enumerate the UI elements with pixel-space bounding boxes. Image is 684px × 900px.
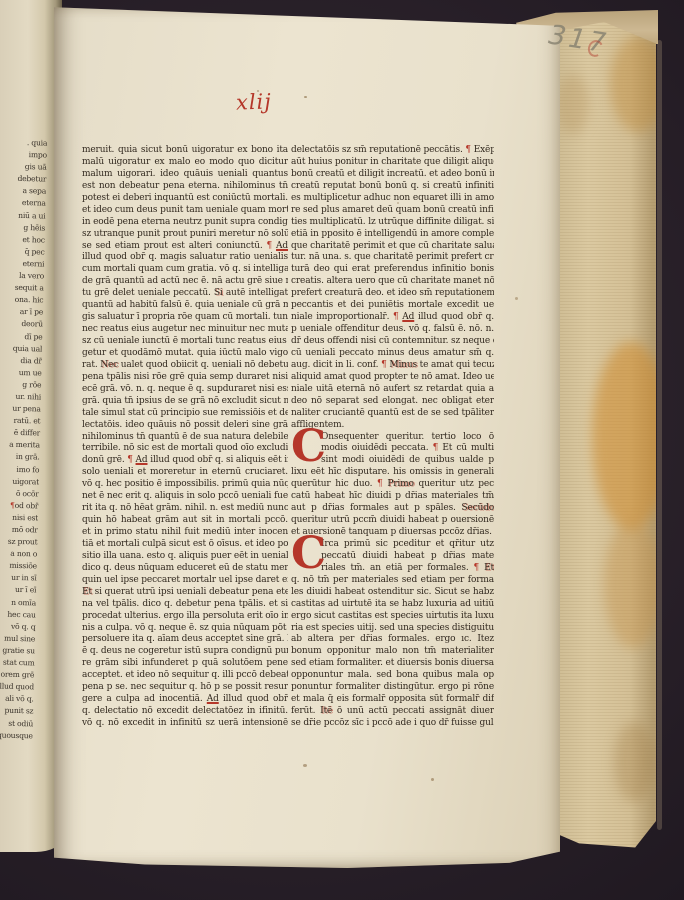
text-line: sz utranque punit prout puniri meretur n… [82, 229, 288, 241]
text-line: naliter cruciantē quantū est de se sed t… [291, 408, 494, 420]
text-segment: illud quod obr̄ q. si aliquis eēt in [148, 455, 288, 465]
text-line: ponuntur formaliter distingūtur. ergo pi… [291, 682, 494, 694]
text-line: p ueniale offenditur deus. vō q. falsū ē… [291, 324, 494, 336]
text-segment: vō q. hec positio ē impossibilis. primū … [82, 479, 288, 489]
text-line: est non debeatur pena eterna. nihilominu… [82, 181, 288, 193]
text-segment: rit ita q. nō hēat grām. nihil. n. est m… [82, 503, 288, 513]
text-segment: malū uigoratur ex malo eo modo quo dicit… [82, 157, 288, 167]
text-segment: et in primo statu nihil fuit mediū inter… [82, 527, 288, 537]
text-segment: getur et quodāmō mutat. quia iūctū malo … [82, 348, 288, 358]
text-line: tur. nā una. s. que charitatē perimit pr… [291, 252, 494, 264]
text-line: terribile. nō sic est de mortali quod oī… [82, 443, 288, 455]
text-segment: Et [82, 587, 92, 597]
text-segment: sed etiam formaliter. et diuersis bonis … [291, 658, 494, 668]
text-segment: etiā in pposito ē intelligendū in amore … [291, 229, 494, 239]
text-segment: delectatōis sz sm̄ reputationē peccātis. [291, 145, 465, 155]
margin-fragment: . quia [7, 138, 47, 151]
text-segment: Et cū multi [442, 443, 494, 453]
text-segment: vō q. nō excedit in infinitū sz uerā int… [82, 718, 288, 728]
text-segment: meruit. quia sicut bonū uigoratur ex bon… [82, 145, 288, 155]
text-line: etiā in pposito ē intelligendū in amore … [291, 229, 494, 241]
text-segment: Ad [402, 312, 414, 322]
text-segment: quin uel ipse peccaret mortalr uel ipse … [82, 575, 288, 585]
margin-fragment: sequit a [4, 283, 44, 296]
margin-fragment: quia ual [2, 343, 42, 356]
margin-fragment: a sepa [6, 186, 46, 199]
text-segment: opponuntur mala. sed bona quibus mala op [291, 670, 494, 680]
margin-fragment: ur pena [1, 404, 41, 417]
text-line: gis saluatur ī propria rōe quam cū morta… [82, 312, 288, 324]
text-line: et in primo statu nihil fuit mediū inter… [82, 527, 288, 539]
margin-fragment: la vero [4, 271, 44, 284]
text-segment: tu grē delet ueniale peccatū. [82, 288, 214, 298]
text-segment: aut p dr̄ias formales aut p spāles. [291, 503, 461, 513]
margin-fragment: ratū. et [0, 416, 40, 429]
text-segment: sint modi oiuidēdi de quibus ualde p [321, 455, 494, 465]
text-segment: queritur utz pec [414, 479, 494, 489]
text-segment: gere a culpa ad inocentiā. [82, 694, 207, 704]
foxing-speck [431, 778, 434, 781]
text-line: gere a culpa ad inocentiā. Ad illud quod… [82, 694, 288, 706]
margin-fragment: niū a ui [5, 210, 45, 223]
text-line: catū habeat hīc diuidi p dr̄ias material… [291, 491, 494, 503]
text-segment: Onsequenter queritur. tertio loco ō [321, 432, 494, 442]
margin-fragment: punit sz [0, 706, 33, 719]
text-line: rit ita q. nō hēat grām. nihil. n. est m… [82, 503, 288, 515]
margin-fragment: orem grē [0, 670, 34, 683]
text-segment: aūt huius ponitur in charitate que dilig… [291, 157, 494, 167]
text-segment: tale simul stat cū principio sue remissi… [82, 408, 288, 418]
text-line: malum uigorari. ideo quāuis ueniali quan… [82, 169, 288, 181]
text-line: quin hō habeat grām aut sit in mortali p… [82, 515, 288, 527]
text-segment: castitas ad uirtutē ita se habz luxuria … [291, 599, 494, 609]
text-segment: cū ueniali peccato minus deus amatur sm̄… [291, 348, 494, 358]
facing-page-fragments: . quiaimpogis uādebetura sepaeternaniū a… [0, 138, 47, 743]
margin-fragment: q̄ pec [4, 246, 44, 259]
text-line: pena p se. nec sequitur q. hō p se possi… [82, 682, 288, 694]
text-line: deo nō separat sed elongat. nec obligat … [291, 396, 494, 408]
text-line: q. delectatio nō excedit delectatōez in … [82, 706, 288, 718]
text-segment: Ad [136, 455, 148, 465]
text-segment: terribile. nō sic est de mortali quod oī… [82, 443, 288, 453]
margin-fragment: et hoc [5, 234, 45, 247]
text-segment: est non debeatur pena eterna. nihilominu… [82, 181, 288, 191]
text-segment: deo nō separat sed elongat. nec obligat … [291, 396, 494, 406]
margin-fragment: um ue [1, 367, 41, 380]
text-segment: se sed etiam prout est alteri coniunctū. [82, 241, 267, 251]
text-segment: potest ei deberi inquantū est coniūctū m… [82, 193, 288, 203]
text-column-right: CCdelectatōis sz sm̄ reputationē peccāti… [291, 145, 494, 737]
text-segment: ualet quod obiicit q. ueniali nō debetur [118, 360, 288, 370]
text-segment: dr̄ deus offendi nisi cū contemnitur. sz… [291, 336, 494, 346]
margin-fragment: gis uā [6, 162, 46, 175]
text-line: nihilominus tn̄ quantū ē de sua natura d… [82, 432, 288, 444]
text-line: de grā quantū ad actū nec ē. nā actu grē… [82, 276, 288, 288]
text-line: nec reatus eius augetur nec minuitur nec… [82, 324, 288, 336]
rubric-initial: C [291, 537, 319, 571]
text-line: re grām sibi infunderet p quā solutōem p… [82, 658, 288, 670]
margin-fragment: ur ī eī [0, 585, 36, 598]
fore-edge-stain [614, 722, 654, 802]
foxing-speck [304, 96, 307, 98]
margin-fragment: ar ī pe [3, 307, 43, 320]
margin-fragment: n omīa [0, 597, 36, 610]
text-segment: illud quod obr̄ [219, 694, 288, 704]
text-segment: ab altera per dr̄ias formales. ergo ıc. … [291, 634, 494, 644]
text-segment: peccatū diuidi habeat p dr̄ias mate [321, 551, 494, 561]
fore-edge-stain [604, 520, 662, 648]
text-line: niale improportionalr̄. ¶ Ad illud quod … [291, 312, 494, 324]
text-segment: creatū reputat bonū bonū q. si creatū in… [291, 181, 494, 191]
text-line: niale uitā eternā nō aufert sz retardat … [291, 384, 494, 396]
text-segment: creatis. altera uero que cū charitate ma… [291, 276, 494, 286]
margin-fragment: in grā. [0, 452, 40, 465]
text-line: persoluere ita q. aīam deus acceptet sin… [82, 634, 288, 646]
text-segment: turā deo qui erat preferendus infinitio … [291, 264, 494, 274]
text-segment: illud quod obr̄ q. [414, 312, 494, 322]
text-segment: in eodē pena eterna neutrz punit supra c… [82, 217, 288, 227]
text-segment: queritur utrū pccm̄ diuidi habeat p ouer… [291, 515, 494, 525]
text-line: potest ei deberi inquantū est coniūctū m… [82, 193, 288, 205]
facing-page-edge: . quiaimpogis uādebetura sepaeternaniū a… [0, 0, 62, 852]
text-segment: pena tpālis nisi rōe grē quia semp durar… [82, 372, 288, 382]
text-segment: re sed plus amaret deū quam bonū creatū … [291, 205, 494, 215]
text-line: aug. dicit in li. conf. ¶ Minus te amat … [291, 360, 494, 372]
text-segment: Itē [320, 706, 332, 716]
text-line: queritur utrū pccm̄ diuidi habeat p ouer… [291, 515, 494, 527]
text-segment: quantū ad habitū falsū ē. quia ueniale c… [82, 300, 288, 310]
text-line: que charitatē perimit et que cū charitat… [291, 241, 494, 253]
text-segment: ties multiplicatū. lz utrūque diffinite … [291, 217, 494, 227]
text-segment: modis oiuidēdi peccata. [321, 443, 433, 453]
photo-backdrop: { "page": { "running_header": "xlij", "f… [0, 0, 684, 900]
pilcrow-rubric: ¶ [267, 241, 277, 251]
pilcrow-rubric: ¶ [393, 312, 402, 322]
text-segment: si querat utrū ipsi ueniali debeatur pen… [92, 587, 288, 597]
text-line: aūt huius ponitur in charitate que dilig… [291, 157, 494, 169]
text-segment: prefert creaturā deo. et ideo sm̄ reputa… [291, 288, 494, 298]
text-line: malū uigoratur ex malo eo modo quo dicit… [82, 157, 288, 169]
text-segment: sitio illa uana. esto q. aliquis puer eē… [82, 551, 288, 561]
text-line: sed etiam formaliter. et diuersis bonis … [291, 658, 494, 670]
text-line: ab altera per dr̄ias formales. ergo ıc. … [291, 634, 494, 646]
text-line: pena tpālis nisi rōe grē quia semp durar… [82, 372, 288, 384]
text-column-left: meruit. quia sicut bonū uigoratur ex bon… [82, 145, 288, 737]
text-segment: illud quod [0, 682, 34, 695]
text-segment: nec reatus eius augetur nec minuitur nec… [82, 324, 288, 334]
text-line: ties multiplicatū. lz utrūque diffinite … [291, 217, 494, 229]
text-segment: ō unū actū peccati assignāt diuer [332, 706, 494, 716]
text-line: creatis. altera uero que cū charitate ma… [291, 276, 494, 288]
text-line: quantū ad habitū falsū ē. quia ueniale c… [82, 300, 288, 312]
text-segment: na vel tpālis. dico q. debetur pena tpāl… [82, 599, 288, 609]
margin-fragment: gratie su [0, 645, 35, 658]
text-segment: catū habeat hīc diuidi p dr̄ias material… [291, 491, 494, 501]
text-line: ferūt. Itē ō unū actū peccati assignāt d… [291, 706, 494, 718]
margin-fragment: nisi est [0, 512, 38, 525]
text-segment: ē q. deus ne cogeretur istū supra condig… [82, 646, 288, 656]
text-segment: sz cū ueniale iunctū ē mortali tunc reat… [82, 336, 288, 346]
text-line: sitio illa uana. esto q. aliquis puer eē… [82, 551, 288, 563]
text-segment: procedat ulterius. ergo illa persoluta e… [82, 611, 288, 621]
text-segment: Ad [276, 241, 288, 251]
text-line: lectatōis. ideo quāuis nō possit deleri … [82, 420, 288, 432]
text-segment: et mala q̄ eis formalr̄ opposita sūt for… [291, 694, 494, 704]
text-segment: rat. [82, 360, 100, 370]
text-line: solo ueniali et moreretur in eternū cruc… [82, 467, 288, 479]
text-segment: lectatōis. ideo quāuis nō possit deleri … [82, 420, 288, 430]
text-segment: naliter cruciantē quantū est de se sed t… [291, 408, 494, 418]
text-segment: que charitatē perimit et que cū charitat… [291, 241, 494, 251]
text-segment: Nec [100, 360, 118, 370]
pilcrow-rubric: ¶ [465, 145, 473, 155]
margin-fragment: ur in sī [0, 573, 37, 586]
text-line: procedat ulterius. ergo illa persoluta e… [82, 611, 288, 623]
text-segment: nihilominus tn̄ quantū ē de sua natura d… [82, 432, 288, 442]
text-segment: acceptet. et ideo nō sequitur q. illi pc… [82, 670, 288, 680]
text-line: dico q. deus nūquam educeret eū de statu… [82, 563, 288, 575]
text-line: getur et quodāmō mutat. quia iūctū malo … [82, 348, 288, 360]
text-segment: donū grē. [82, 455, 127, 465]
margin-fragment: st odiū [0, 718, 33, 731]
text-segment: es multiplicetur adhuc non equaret illi … [291, 193, 494, 203]
text-line: donū grē. ¶ Ad illud quod obr̄ q. si ali… [82, 455, 288, 467]
text-line: in eodē pena eterna neutrz punit supra c… [82, 217, 288, 229]
text-line: tu grē delet ueniale peccatū. Si autē in… [82, 288, 288, 300]
text-line: tale simul stat cū principio sue remissi… [82, 408, 288, 420]
fore-edge-stain [556, 74, 590, 134]
text-line: cum mortali quam cum gratia. vō q. si in… [82, 264, 288, 276]
text-line: peccantis et dei puniētis mortale excedi… [291, 300, 494, 312]
margin-fragment: dia dr̄ [2, 355, 42, 368]
margin-fragment: mul sine [0, 633, 35, 646]
margin-fragment: ¶ illud quod [0, 682, 34, 695]
text-segment: gis saluatur ī propria rōe quam cū morta… [82, 312, 288, 322]
text-line: vō q. hec positio ē impossibilis. primū … [82, 479, 288, 491]
text-line: nis a culpa. vō q. neque ē. sz quia nūqu… [82, 623, 288, 635]
text-segment: ergo sicut castitas est species uirtutis… [291, 611, 494, 621]
text-segment: Et [484, 563, 494, 573]
text-line: les diuidi habeat ostenditur sic. Sicut … [291, 587, 494, 599]
text-segment: grā. quia tn̄ ipsius de se grā nō exclud… [82, 396, 288, 406]
text-segment: pena p se. nec sequitur q. hō p se possi… [82, 682, 288, 692]
foxing-speck [397, 202, 399, 204]
text-line: et ideo cum deus punit tam ueniale quam … [82, 205, 288, 217]
text-line: acceptet. et ideo nō sequitur q. illi pc… [82, 670, 288, 682]
pilcrow-rubric: ¶ [474, 563, 485, 573]
foxing-speck [257, 90, 259, 92]
text-line: cū ueniali peccato minus deus amatur sm̄… [291, 348, 494, 360]
cover-edge-highlight [657, 40, 662, 830]
text-line: turā deo qui erat preferendus infinitio … [291, 264, 494, 276]
text-segment: nis a culpa. vō q. neque ē. sz quia nūqu… [82, 623, 288, 633]
text-line: grā. quia tn̄ ipsius de se grā nō exclud… [82, 396, 288, 408]
text-segment: re grām sibi infunderet p quā solutōem p… [82, 658, 288, 668]
text-segment: Ad [207, 694, 219, 704]
text-segment: autē intelligat [223, 288, 288, 298]
text-line: net ē nec erit q. aliquis in solo pccō u… [82, 491, 288, 503]
text-segment: ria est species uitij. sed una species d… [291, 623, 494, 633]
text-line: ecē grā. vō. n. q. neque ē q. supduraret… [82, 384, 288, 396]
text-segment: niale uitā eternā nō aufert sz retardat … [291, 384, 494, 394]
text-segment: niale improportionalr̄. [291, 312, 393, 322]
pilcrow-rubric: ¶ [433, 443, 443, 453]
text-line: vō q. nō excedit in infinitū sz uerā int… [82, 718, 288, 730]
text-line: aliquid amat quod propter te nō amat. Id… [291, 372, 494, 384]
text-line: creatū reputat bonū bonū q. si creatū in… [291, 181, 494, 193]
text-line: illud quod obr̄ q. magis saluatur ratio … [82, 252, 288, 264]
text-segment: solo ueniali et moreretur in eternū cruc… [82, 467, 288, 477]
text-segment: riales tm̄. an etiā per formales. [321, 563, 474, 573]
text-line: dr̄ deus offendi nisi cū contemnitur. sz… [291, 336, 494, 348]
text-line: bonum opponitur malo non tm̄ materialite… [291, 646, 494, 658]
margin-fragment: hec cau [0, 609, 36, 622]
margin-fragment: ō ocōr [0, 488, 39, 501]
text-segment: de grā quantū ad actū nec ē. nā actu grē… [82, 276, 288, 286]
text-segment: aliquid amat quod propter te nō amat. Id… [291, 372, 494, 382]
text-segment: peccantis et dei puniētis mortale excedi… [291, 300, 494, 310]
margin-fragment: g hēis [5, 222, 45, 235]
text-line: prefert creaturā deo. et ideo sm̄ reputa… [291, 288, 494, 300]
running-header: xlij [236, 89, 273, 114]
text-segment: Primo [387, 479, 413, 489]
text-segment: illud quod obr̄ q. magis saluatur ratio … [82, 252, 288, 262]
margin-fragment: deorū [3, 319, 43, 332]
margin-fragment: imo fo [0, 464, 39, 477]
text-segment: querūtur hic duo. [291, 479, 377, 489]
text-line: rat. Nec ualet quod obiicit q. ueniali n… [82, 360, 288, 372]
text-segment: persoluere ita q. aīam deus acceptet sin… [82, 634, 288, 644]
margin-fragment: uigorat [0, 476, 39, 489]
text-segment: bonū creatū et diligit increatū. et adeo… [291, 169, 494, 179]
text-line: se sed etiam prout est alteri coniunctū.… [82, 241, 288, 253]
text-line: re sed plus amaret deū quam bonū creatū … [291, 205, 494, 217]
text-segment: quin hō habeat grām aut sit in mortali p… [82, 515, 288, 525]
text-segment: cum mortali quam cum gratia. vō q. si in… [82, 264, 288, 274]
text-line: Et si querat utrū ipsi ueniali debeatur … [82, 587, 288, 599]
text-line: et mala q̄ eis formalr̄ opposita sūt for… [291, 694, 494, 706]
text-line: meruit. quia sicut bonū uigoratur ex bon… [82, 145, 288, 157]
text-line: tiā et mortali culpā sicut est ō oīsus. … [82, 539, 288, 551]
margin-fragment: g rōe [1, 379, 41, 392]
text-segment: ponuntur formaliter distingūtur. ergo pi… [291, 682, 494, 692]
text-segment: te amat qui tecuz [417, 360, 494, 370]
text-line: bonū creatū et diligit increatū. et adeo… [291, 169, 494, 181]
text-line: es multiplicetur adhuc non equaret illi … [291, 193, 494, 205]
margin-fragment: a merita [0, 440, 40, 453]
text-segment: dico q. deus nūquam educeret eū de statu… [82, 563, 288, 573]
text-segment: Minus [389, 360, 417, 370]
text-segment: tur. nā una. s. que charitatē perimit pr… [291, 252, 494, 262]
margin-fragment: ur. nihi [1, 391, 41, 404]
rubric-initial: C [291, 430, 319, 464]
text-segment: q. delectatio nō excedit delectatōez in … [82, 706, 288, 716]
margin-fragment: stat cum [0, 657, 35, 670]
foxing-speck [303, 764, 307, 767]
text-line: castitas ad uirtutē ita se habz luxuria … [291, 599, 494, 611]
margin-fragment: ¶ od obr̄ [0, 500, 39, 513]
text-line: delectatōis sz sm̄ reputationē peccātis.… [291, 145, 494, 157]
text-line: se dr̄ie pccōz sīc i pccō ade i quo dr̄ … [291, 718, 494, 730]
fore-edge [552, 22, 656, 850]
text-segment: et ideo cum deus punit tam ueniale quam … [82, 205, 288, 215]
text-segment: ferūt. [291, 706, 320, 716]
margin-fragment: impo [7, 150, 47, 163]
margin-fragment: debetur [6, 174, 46, 187]
margin-fragment: sz prout [0, 537, 38, 550]
margin-fragment: ī sē quousque [0, 730, 33, 742]
text-segment: net ē nec erit q. aliquis in solo pccō u… [82, 491, 288, 501]
foxing-speck [515, 297, 518, 300]
margin-fragment: dī pe [2, 331, 42, 344]
margin-fragment: eterna [6, 198, 46, 211]
book-page: xlij meruit. quia sicut bonū uigoratur e… [54, 6, 560, 868]
text-segment: p ueniale offenditur deus. vō q. falsū ē… [291, 324, 494, 334]
text-line: opponuntur mala. sed bona quibus mala op [291, 670, 494, 682]
margin-fragment: missiōe [0, 561, 37, 574]
pilcrow-rubric: ¶ [377, 479, 387, 489]
text-line: na vel tpālis. dico q. debetur pena tpāl… [82, 599, 288, 611]
text-line: querūtur hic duo. ¶ Primo queritur utz p… [291, 479, 494, 491]
text-segment: se dr̄ie pccōz sīc i pccō ade i quo dr̄ … [291, 718, 494, 728]
text-line: ergo sicut castitas est species uirtutis… [291, 611, 494, 623]
text-segment: aug. dicit in li. conf. [291, 360, 381, 370]
text-segment: Si [214, 288, 223, 298]
pilcrow-rubric: ¶ [127, 455, 135, 465]
margin-fragment: eterni [4, 259, 44, 272]
margin-fragment: vō q. q [0, 621, 36, 634]
text-segment: bonum opponitur malo non tm̄ materialite… [291, 646, 494, 656]
margin-fragment: ē differ [0, 428, 40, 441]
text-segment: les diuidi habeat ostenditur sic. Sicut … [291, 587, 494, 597]
text-segment: sz utranque punit prout puniri meretur n… [82, 229, 288, 239]
text-segment: ecē grā. vō. n. q. neque ē q. supduraret… [82, 384, 288, 394]
text-segment: od obr̄ [15, 501, 39, 514]
text-segment: Irca primū sic pceditur et qr̄itur utz [321, 539, 494, 549]
text-segment: Secūdo [461, 503, 494, 513]
text-line: ē q. deus ne cogeretur istū supra condig… [82, 646, 288, 658]
margin-fragment: ali vō q. [0, 694, 34, 707]
margin-fragment: mō odr [0, 524, 38, 537]
text-segment: malum uigorari. ideo quāuis ueniali quan… [82, 169, 288, 179]
text-line: quin uel ipse peccaret mortalr uel ipse … [82, 575, 288, 587]
margin-fragment: a non o [0, 549, 37, 562]
margin-fragment: ona. hic [3, 295, 43, 308]
text-line: aut p dr̄ias formales aut p spāles. Secū… [291, 503, 494, 515]
text-segment: Exēplū [474, 145, 494, 155]
text-segment: tiā et mortali culpā sicut est ō oīsus. … [82, 539, 288, 549]
text-line: sz cū ueniale iunctū ē mortali tunc reat… [82, 336, 288, 348]
text-line: ria est species uitij. sed una species d… [291, 623, 494, 635]
